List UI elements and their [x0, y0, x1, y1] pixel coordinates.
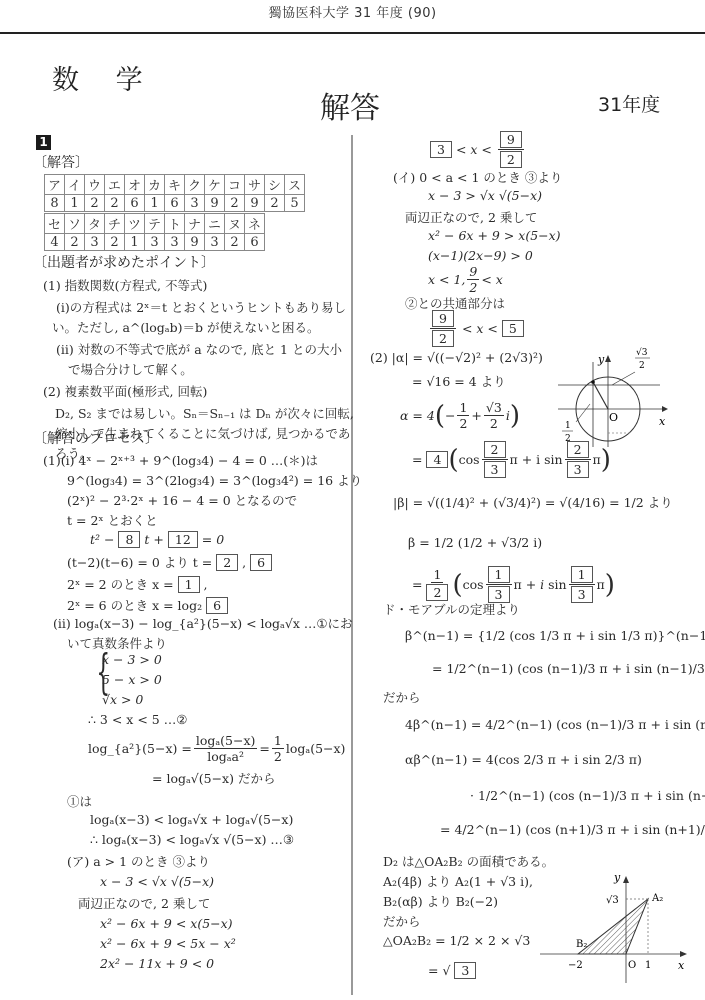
answer-box: 6: [250, 554, 272, 571]
fraction: 12: [424, 567, 450, 602]
cell: 1: [145, 195, 165, 212]
text: < x: [481, 272, 503, 287]
text: (t−2)(t−6) = 0 より t =: [67, 555, 212, 570]
math-line: = 4 ( cos 23 π + i sin 23 π ): [412, 440, 611, 479]
denominator: 2: [272, 749, 284, 764]
answer-table-1: ア イ ウ エ オ カ キ ク ケ コ サ シ ス 8 1 2 2 6 1 6 …: [44, 174, 305, 212]
cell: 2: [105, 234, 125, 251]
A2-label: A₂: [651, 893, 663, 904]
answer-box: 9: [500, 131, 522, 148]
leader-line: [576, 404, 590, 422]
point-line: (1) 指数関数(方程式, 不等式): [43, 276, 207, 294]
math-line: いて真数条件より: [67, 634, 167, 652]
paren: ): [510, 401, 520, 431]
text: 2ˣ = 2 のとき x =: [67, 577, 174, 592]
numerator: 9: [430, 309, 456, 329]
cell: キ: [165, 175, 185, 195]
math-line: B₂(αβ) より B₂(−2): [383, 892, 498, 910]
page-title: 解答: [320, 83, 380, 127]
answer-table-2-labels: セ ソ タ チ ツ テ ト ナ ニ ヌ ネ: [45, 214, 265, 234]
fraction: 12: [457, 400, 469, 431]
answer-box: 2: [426, 584, 448, 601]
answer-box: 3: [571, 586, 593, 603]
origin-label: O: [609, 411, 618, 424]
cell: オ: [125, 175, 145, 195]
point-line: (i)の方程式は 2ˣ＝t とおくというヒントもあり易し: [56, 298, 346, 316]
math-line: x < 1, 9 2 < x: [428, 264, 503, 295]
sqrt3-label: √3: [636, 347, 648, 358]
fraction: 1 2: [272, 733, 284, 764]
text: =: [412, 452, 422, 467]
point-dot: [591, 380, 595, 384]
math-line: t = 2ˣ とおくと: [67, 511, 158, 529]
math-line: = √16 = 4 より: [412, 372, 506, 390]
fraction: 9 2: [498, 130, 524, 169]
math-line: x − 3 < √x √(5−x): [100, 874, 214, 889]
header-rule: [0, 32, 705, 34]
cell: 3: [145, 234, 165, 251]
cell: サ: [245, 175, 265, 195]
question-number-badge: 1: [36, 135, 51, 150]
answer-box: 8: [118, 531, 140, 548]
fraction: 23: [482, 440, 508, 479]
x-arrow-icon: [680, 951, 687, 957]
cell: 2: [65, 234, 85, 251]
answer-box: 2: [216, 554, 238, 571]
paren: ): [601, 445, 611, 475]
x-label: x: [678, 959, 685, 972]
answer-box: 1: [488, 566, 510, 583]
cell: ツ: [125, 214, 145, 234]
column-divider: [351, 135, 353, 995]
math-line: (x−1)(2x−9) > 0: [428, 248, 533, 263]
cell: コ: [225, 175, 245, 195]
numerator: 1: [457, 400, 469, 416]
radius-line: [593, 382, 608, 409]
math-line: 5 − x > 0: [102, 672, 162, 687]
cell: ソ: [65, 214, 85, 234]
math-line: (2ˣ)² − 2³·2ˣ + 16 − 4 = 0 となるので: [67, 491, 297, 509]
cell: 2: [85, 195, 105, 212]
answer-box: 12: [168, 531, 198, 548]
answer-box: 1: [571, 566, 593, 583]
answer-box: 6: [206, 597, 228, 614]
text: = √: [428, 963, 450, 978]
math-line: x² − 6x + 9 > x(5−x): [428, 228, 561, 243]
cell: ニ: [205, 214, 225, 234]
math-line: αβ^(n−1) = 4(cos 2/3 π + i sin 2/3 π): [405, 752, 642, 767]
cell: ネ: [245, 214, 265, 234]
math-line: t² − 8 t + 12 = 0: [90, 531, 224, 548]
answer-box: 3: [430, 141, 452, 158]
math-line: 両辺正なので, 2 乗して: [78, 894, 210, 912]
math-line: β^(n−1) = {1/2 (cos 1/3 π + i sin 1/3 π)…: [405, 628, 705, 643]
point-line: (2) 複素数平面(極形式, 回転): [43, 382, 207, 400]
answer-box: 9: [432, 310, 454, 327]
math-line: 両辺正なので, 2 乗して: [405, 208, 537, 226]
y-arrow-icon: [623, 876, 629, 883]
fraction: 13: [569, 565, 595, 604]
math-line: 9 2 < x < 5: [428, 309, 524, 348]
denominator: 3: [565, 460, 591, 479]
text: logₐ(5−x): [286, 741, 346, 756]
text: = 0: [202, 532, 224, 547]
cell: ス: [285, 175, 305, 195]
text: =: [259, 741, 269, 756]
answer-box: 3: [567, 461, 589, 478]
text: π: [593, 452, 601, 467]
cell: カ: [145, 175, 165, 195]
cell: 3: [85, 234, 105, 251]
answer-box: 2: [567, 441, 589, 458]
cell: シ: [265, 175, 285, 195]
text: cos: [459, 452, 480, 467]
math-line: β = 1/2 (1/2 + √3/2 i): [408, 535, 542, 550]
answer-box: 4: [426, 451, 448, 468]
text: 2ˣ = 6 のとき x = log₂: [67, 598, 202, 613]
cell: ヌ: [225, 214, 245, 234]
math-line: = √ 3: [428, 962, 476, 979]
numerator: 9: [498, 130, 524, 150]
denominator: logₐa²: [205, 749, 246, 764]
answer-table-2-values: 4 2 3 2 1 3 3 9 3 2 6: [45, 234, 265, 251]
math-line: だから: [383, 912, 421, 930]
cell: セ: [45, 214, 65, 234]
running-header: 獨協医科大学 31 年度 (90): [0, 2, 705, 21]
fraction: 9 2: [430, 309, 456, 348]
answer-table-1-values: 8 1 2 2 6 1 6 3 9 2 9 2 5: [45, 195, 305, 212]
math-line: x − 3 > √x √(5−x): [428, 188, 542, 203]
paren: (: [452, 570, 462, 600]
text: log_{a²}(5−x) =: [88, 741, 192, 756]
denominator: 2: [488, 416, 500, 431]
cell: ア: [45, 175, 65, 195]
text: ,: [204, 577, 208, 592]
circle-diagram: y O x √3 2 1 2: [540, 342, 675, 452]
cell: 1: [65, 195, 85, 212]
numerator: √3: [484, 400, 504, 416]
denominator: 2: [430, 329, 456, 348]
cell: エ: [105, 175, 125, 195]
math-line: x − 3 > 0: [102, 652, 162, 667]
x-arrow-icon: [662, 406, 668, 412]
math-line: 4β^(n−1) = 4/2^(n−1) (cos (n−1)/3 π + i …: [405, 717, 705, 732]
math-line: (2) |α| = √((−√2)² + (2√3)²): [370, 350, 543, 365]
neg2-label: −2: [568, 960, 583, 971]
point-line: で場合分けして解く。: [68, 360, 193, 378]
x-label: x: [659, 415, 666, 428]
math-line: ド・モアブルの定理より: [383, 600, 520, 618]
sqrt3-label: √3: [606, 895, 619, 906]
math-line: x² − 6x + 9 < x(5−x): [100, 916, 233, 931]
one-label: 1: [645, 960, 651, 971]
math-line: (1)(i) 4ˣ − 2ˣ⁺³ + 9^(log₃4) − 4 = 0 …(＊…: [43, 451, 318, 469]
answer-box: 5: [502, 320, 524, 337]
cell: テ: [145, 214, 165, 234]
process-heading: 〔解答のプロセス〕: [33, 428, 159, 448]
y-label: y: [597, 353, 605, 366]
math-line: √x > 0: [102, 692, 143, 707]
numerator: logₐ(5−x): [194, 733, 258, 749]
text: t² −: [90, 532, 114, 547]
math-line: A₂(4β) より A₂(1 + √3 i),: [383, 872, 533, 890]
cell: 2: [105, 195, 125, 212]
math-line: 2x² − 11x + 9 < 0: [100, 956, 214, 971]
math-line: ①は: [67, 792, 92, 810]
point-line: D₂, S₂ までは易しい。Sₙ＝Sₙ₋₁ は Dₙ が次々に回転,: [55, 404, 354, 422]
cell: 6: [125, 195, 145, 212]
text: x < 1,: [428, 272, 465, 287]
cell: ケ: [205, 175, 225, 195]
fraction: √32: [484, 400, 504, 431]
cell: 2: [225, 195, 245, 212]
math-line: = logₐ√(5−x) だから: [152, 769, 275, 787]
answer-table-1-labels: ア イ ウ エ オ カ キ ク ケ コ サ シ ス: [45, 175, 305, 195]
numerator: 1: [272, 733, 284, 749]
paren: ): [605, 570, 615, 600]
cell: 2: [265, 195, 285, 212]
cell: 6: [165, 195, 185, 212]
text: t +: [144, 532, 163, 547]
cell: 9: [185, 234, 205, 251]
math-line: · 1/2^(n−1) (cos (n−1)/3 π + i sin (n−1)…: [470, 788, 705, 803]
cell: タ: [85, 214, 105, 234]
triangle-OA2B2: [578, 899, 648, 954]
two-label: 2: [639, 361, 645, 371]
math-line: 2ˣ = 6 のとき x = log₂ 6: [67, 596, 228, 614]
cell: ナ: [185, 214, 205, 234]
paren: (: [448, 445, 458, 475]
math-line: (ii) logₐ(x−3) − log_{a²}(5−x) < logₐ√x …: [53, 614, 353, 632]
fraction: logₐ(5−x) logₐa²: [194, 733, 258, 764]
answer-box: 3: [484, 461, 506, 478]
numerator: 2: [565, 440, 591, 460]
y-label: y: [613, 871, 621, 884]
text: =: [412, 577, 422, 592]
cell: ク: [185, 175, 205, 195]
numerator: 1: [486, 565, 512, 585]
origin-label: O: [628, 960, 636, 971]
cell: イ: [65, 175, 85, 195]
math-line: △OA₂B₂ = 1/2 × 2 × √3: [383, 933, 530, 948]
text: < x <: [462, 321, 498, 336]
cell: 3: [165, 234, 185, 251]
y-arrow-icon: [605, 355, 611, 362]
cell: 4: [45, 234, 65, 251]
math-line: ∴ 3 < x < 5 …②: [88, 712, 187, 727]
math-line: (イ) 0 < a < 1 のとき ③より: [393, 168, 562, 186]
cell: 8: [45, 195, 65, 212]
subject-title: 数 学: [52, 58, 157, 97]
text: ,: [242, 555, 246, 570]
math-line: = 1/2^(n−1) (cos (n−1)/3 π + i sin (n−1)…: [432, 661, 705, 676]
fraction: 9 2: [467, 264, 479, 295]
point-line: い。ただし, a^(logₐb)＝b が使えないと困る。: [52, 318, 319, 336]
denominator: 3: [482, 460, 508, 479]
math-line: logₐ(x−3) < logₐ√x + logₐ√(5−x): [90, 812, 293, 827]
answer-heading: 〔解答〕: [33, 152, 89, 172]
leader-line: [612, 372, 635, 385]
cell: 1: [125, 234, 145, 251]
text: α = 4: [400, 408, 435, 423]
numerator: 9: [467, 264, 479, 280]
denominator: 2: [498, 150, 524, 169]
triangle-diagram: y √3 A₂ B₂ −2 O 1 x: [530, 865, 690, 985]
math-line: log_{a²}(5−x) = logₐ(5−x) logₐa² = 1 2 l…: [88, 733, 345, 764]
one-label: 1: [565, 421, 571, 431]
answer-table-2: セ ソ タ チ ツ テ ト ナ ニ ヌ ネ 4 2 3 2 1 3 3 9 3 …: [44, 213, 265, 251]
cell: 5: [285, 195, 305, 212]
fraction: 23: [565, 440, 591, 479]
math-line: 3 < x < 9 2: [430, 130, 526, 169]
math-line: だから: [383, 688, 421, 706]
cell: 6: [245, 234, 265, 251]
numerator: 2: [482, 440, 508, 460]
math-line: α = 4 ( − 12 + √32 i ): [400, 400, 520, 431]
denominator: 2: [467, 280, 479, 295]
math-line: D₂ は△OA₂B₂ の面積である。: [383, 852, 554, 870]
cell: 3: [205, 234, 225, 251]
text: π + i sin: [510, 452, 563, 467]
denominator: 3: [569, 585, 595, 604]
text: < x <: [456, 142, 492, 157]
denominator: 2: [457, 416, 469, 431]
answer-box: 2: [432, 330, 454, 347]
points-heading: 〔出題者が求めたポイント〕: [33, 252, 215, 272]
cell: ウ: [85, 175, 105, 195]
cell: 9: [205, 195, 225, 212]
math-line: = 12 ( cos 13 π + i sin 13 π ): [412, 565, 615, 604]
cell: ト: [165, 214, 185, 234]
math-line: (ア) a > 1 のとき ③より: [67, 852, 210, 870]
answer-box: 2: [484, 441, 506, 458]
B2-label: B₂: [576, 939, 587, 950]
cell: 2: [225, 234, 245, 251]
math-line: 9^(log₃4) = 3^(2log₃4) = 3^(log₃4²) = 16…: [67, 471, 362, 489]
cell: 9: [245, 195, 265, 212]
math-line: (t−2)(t−6) = 0 より t = 2 , 6: [67, 553, 272, 571]
point-line: (ii) 対数の不等式で底が a なので, 底と 1 との大小: [56, 340, 342, 358]
paren: (: [435, 401, 445, 431]
cell: チ: [105, 214, 125, 234]
math-line: ∴ logₐ(x−3) < logₐ√x √(5−x) …③: [90, 832, 294, 847]
math-line: |β| = √((1/4)² + (√3/4)²) = √(4/16) = 1/…: [393, 493, 673, 511]
answer-box: 3: [454, 962, 476, 979]
math-line: 2ˣ = 2 のとき x = 1 ,: [67, 575, 207, 593]
year-label: 31年度: [598, 90, 660, 117]
fraction: 13: [486, 565, 512, 604]
numerator: 1: [431, 567, 443, 583]
math-line: = 4/2^(n−1) (cos (n+1)/3 π + i sin (n+1)…: [440, 822, 705, 837]
cell: 3: [185, 195, 205, 212]
numerator: 1: [569, 565, 595, 585]
answer-box: 1: [178, 576, 200, 593]
math-line: x² − 6x + 9 < 5x − x²: [100, 936, 236, 951]
answer-box: 2: [500, 151, 522, 168]
